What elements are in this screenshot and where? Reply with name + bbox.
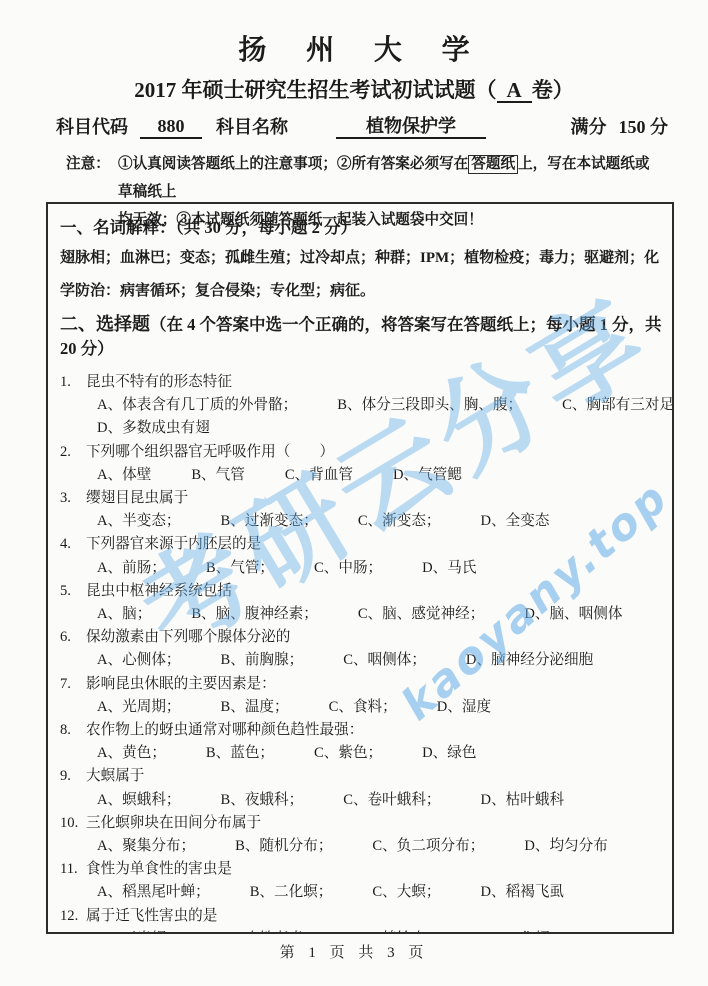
- question-stem: 影响昆虫休眠的主要因素是：: [86, 676, 276, 692]
- question-option: D、二化螟: [481, 928, 550, 934]
- question-option: A、光周期；: [97, 696, 181, 719]
- question-option: C、大螟；: [372, 881, 440, 904]
- section1-heading: 一、名词解释：（共 30 分，每小题 2 分）: [60, 216, 662, 240]
- question-number: 7.: [60, 673, 86, 696]
- question-option: A、半变态；: [97, 510, 181, 533]
- question-option: D、湿度: [437, 696, 491, 719]
- question-option: B、过渐变态；: [221, 510, 318, 533]
- question-option: A、前肠；: [97, 557, 166, 580]
- question-number: 9.: [60, 765, 86, 788]
- question-stem: 昆虫中枢神经系统包括: [86, 583, 232, 599]
- question-option: D、脑神经分泌细胞: [466, 649, 593, 672]
- question-stem: 三化螟卵块在田间分布属于: [86, 815, 261, 831]
- subject-name-label: 科目名称: [216, 113, 288, 139]
- question-option: A、脑；: [97, 603, 151, 626]
- question-number: 1.: [60, 371, 86, 394]
- subject-name-value: 植物保护学: [336, 117, 486, 139]
- question-option: C、脑、感觉神经；: [358, 603, 485, 626]
- question-item: 5.昆虫中枢神经系统包括A、脑；B、脑、腹神经素；C、脑、感觉神经；D、脑、咽侧…: [60, 580, 662, 626]
- question-stem: 食性为单食性的害虫是: [86, 861, 232, 877]
- full-score-value: 150 分: [619, 117, 669, 137]
- question-option: B、前胸腺；: [221, 649, 304, 672]
- question-stem: 属于迁飞性害虫的是: [86, 908, 217, 924]
- university-title: 扬 州 大 学: [0, 28, 708, 68]
- notice-line1-pre: ①认真阅读答题纸上的注意事项；②所有答案必须写在: [118, 156, 468, 172]
- question-number: 5.: [60, 580, 86, 603]
- question-item: 10.三化螟卵块在田间分布属于A、聚集分布；B、随机分布；C、负二项分布；D、均…: [60, 812, 662, 858]
- question-number: 10.: [60, 812, 86, 835]
- section1-terms: 翅脉相；血淋巴；变态；孤雌生殖；过冷却点；种群；IPM；植物检疫；毒力；驱避剂；…: [60, 242, 662, 308]
- question-option: D、均匀分布: [524, 835, 608, 858]
- section2-heading: 二、选择题（在 4 个答案中选一个正确的，将答案写在答题纸上；每小题 1 分，共…: [60, 312, 662, 361]
- question-stem: 农作物上的蚜虫通常对哪种颜色趋性最强：: [86, 722, 363, 738]
- question-option: B、夜蛾科；: [221, 789, 304, 812]
- question-option: A、心侧体；: [97, 649, 181, 672]
- question-number: 3.: [60, 487, 86, 510]
- question-item: 11.食性为单食性的害虫是A、稻黑尾叶蝉；B、二化螟；C、大螟；D、稻褐飞虱: [60, 858, 662, 904]
- question-number: 6.: [60, 626, 86, 649]
- subtitle-pre: 2017 年硕士研究生招生考试初试试题（: [134, 78, 496, 102]
- question-option: A、体壁: [97, 464, 151, 487]
- question-option: D、枯叶蛾科: [481, 789, 565, 812]
- question-option: A、稻黑尾叶蝉；: [97, 881, 210, 904]
- question-option: A、黄色；: [97, 742, 166, 765]
- question-option: B、气管: [191, 464, 245, 487]
- subtitle-post: 卷）: [532, 78, 574, 102]
- subject-meta-row: 科目代码 880 科目名称 植物保护学 满分150 分: [56, 113, 668, 139]
- question-option: A、螟蛾科；: [97, 789, 181, 812]
- question-item: 2.下列哪个组织器官无呼吸作用（ ）A、体壁B、气管C、背血管D、气管鳃: [60, 441, 662, 487]
- questions-list: 1.昆虫不特有的形态特征A、体表含有几丁质的外骨骼；B、体分三段即头、胸、腹；C…: [60, 371, 662, 934]
- question-item: 9.大螟属于A、螟蛾科；B、夜蛾科；C、卷叶蛾科；D、枯叶蛾科: [60, 765, 662, 811]
- question-option: C、中肠；: [314, 557, 382, 580]
- exam-paper-page: 扬 州 大 学 2017 年硕士研究生招生考试初试试题（A卷） 科目代码 880…: [0, 0, 708, 986]
- question-option: C、食料；: [329, 696, 397, 719]
- question-option: C、咽侧体；: [343, 649, 426, 672]
- question-item: 8.农作物上的蚜虫通常对哪种颜色趋性最强：A、黄色；B、蓝色；C、紫色；D、绿色: [60, 719, 662, 765]
- question-number: 11.: [60, 858, 86, 881]
- question-number: 2.: [60, 441, 86, 464]
- question-item: 6.保幼激素由下列哪个腺体分泌的A、心侧体；B、前胸腺；C、咽侧体；D、脑神经分…: [60, 626, 662, 672]
- notice-boxed-term: 答题纸: [468, 155, 518, 174]
- subject-code-label: 科目代码: [56, 113, 128, 139]
- question-item: 4.下列器官来源于内胚层的是A、前肠；B、气管；C、中肠；D、马氏: [60, 533, 662, 579]
- question-option: B、气管；: [206, 557, 274, 580]
- question-item: 7.影响昆虫休眠的主要因素是：A、光周期；B、温度；C、食料；D、湿度: [60, 673, 662, 719]
- question-option: C、渐变态；: [358, 510, 441, 533]
- question-item: 1.昆虫不特有的形态特征A、体表含有几丁质的外骨骼；B、体分三段即头、胸、腹；C…: [60, 371, 662, 441]
- question-item: 3.缨翅目昆虫属于A、半变态；B、过渐变态；C、渐变态；D、全变态: [60, 487, 662, 533]
- question-option: D、马氏: [422, 557, 476, 580]
- question-option: C、胸部有三对足；: [562, 394, 674, 417]
- question-number: 8.: [60, 719, 86, 742]
- question-option: B、体分三段即头、胸、腹；: [337, 394, 522, 417]
- question-option: D、全变态: [481, 510, 550, 533]
- question-option: C、棉铃虫；: [358, 928, 441, 934]
- question-option: B、温度；: [221, 696, 289, 719]
- full-score-label: 满分: [571, 117, 607, 137]
- full-score: 满分150 分: [571, 113, 669, 139]
- question-option: B、蓝色；: [206, 742, 274, 765]
- question-option: C、卷叶蛾科；: [343, 789, 440, 812]
- question-stem: 大螟属于: [86, 768, 144, 784]
- question-stem: 保幼激素由下列哪个腺体分泌的: [86, 629, 290, 645]
- question-option: A、玉米螟；: [97, 928, 181, 934]
- page-indicator: 第 1 页 共 3 页: [0, 941, 708, 962]
- question-option: D、多数成虫有翅: [97, 417, 210, 440]
- question-option: D、稻褐飞虱: [481, 881, 565, 904]
- question-stem: 昆虫不特有的形态特征: [86, 374, 232, 390]
- question-number: 12.: [60, 905, 86, 928]
- question-area-box: 一、名词解释：（共 30 分，每小题 2 分） 翅脉相；血淋巴；变态；孤雌生殖；…: [46, 202, 674, 934]
- question-option: C、紫色；: [314, 742, 382, 765]
- question-stem: 下列器官来源于内胚层的是: [86, 536, 261, 552]
- subject-code-value: 880: [140, 117, 202, 139]
- question-option: D、脑、咽侧体: [524, 603, 622, 626]
- question-option: C、负二项分布；: [372, 835, 484, 858]
- question-option: B、小地老虎；: [221, 928, 318, 934]
- question-option: D、气管鳃: [393, 464, 462, 487]
- question-option: B、脑、腹神经素；: [191, 603, 318, 626]
- question-option: B、二化螟；: [250, 881, 333, 904]
- paper-volume: A: [497, 79, 532, 103]
- exam-subtitle: 2017 年硕士研究生招生考试初试试题（A卷）: [0, 74, 708, 104]
- question-item: 12.属于迁飞性害虫的是A、玉米螟；B、小地老虎；C、棉铃虫；D、二化螟: [60, 905, 662, 934]
- question-option: A、体表含有几丁质的外骨骼；: [97, 394, 297, 417]
- section2-instructions: （在 4 个答案中选一个正确的，将答案写在答题纸上；每小题 1 分，共 20 分…: [60, 315, 662, 358]
- section2-title: 二、选择题: [60, 314, 150, 334]
- question-option: C、背血管: [285, 464, 353, 487]
- question-option: B、随机分布；: [235, 835, 332, 858]
- question-option: A、聚集分布；: [97, 835, 195, 858]
- question-stem: 缨翅目昆虫属于: [86, 490, 188, 506]
- question-number: 4.: [60, 533, 86, 556]
- question-stem: 下列哪个组织器官无呼吸作用（ ）: [86, 444, 334, 460]
- question-option: D、绿色: [422, 742, 476, 765]
